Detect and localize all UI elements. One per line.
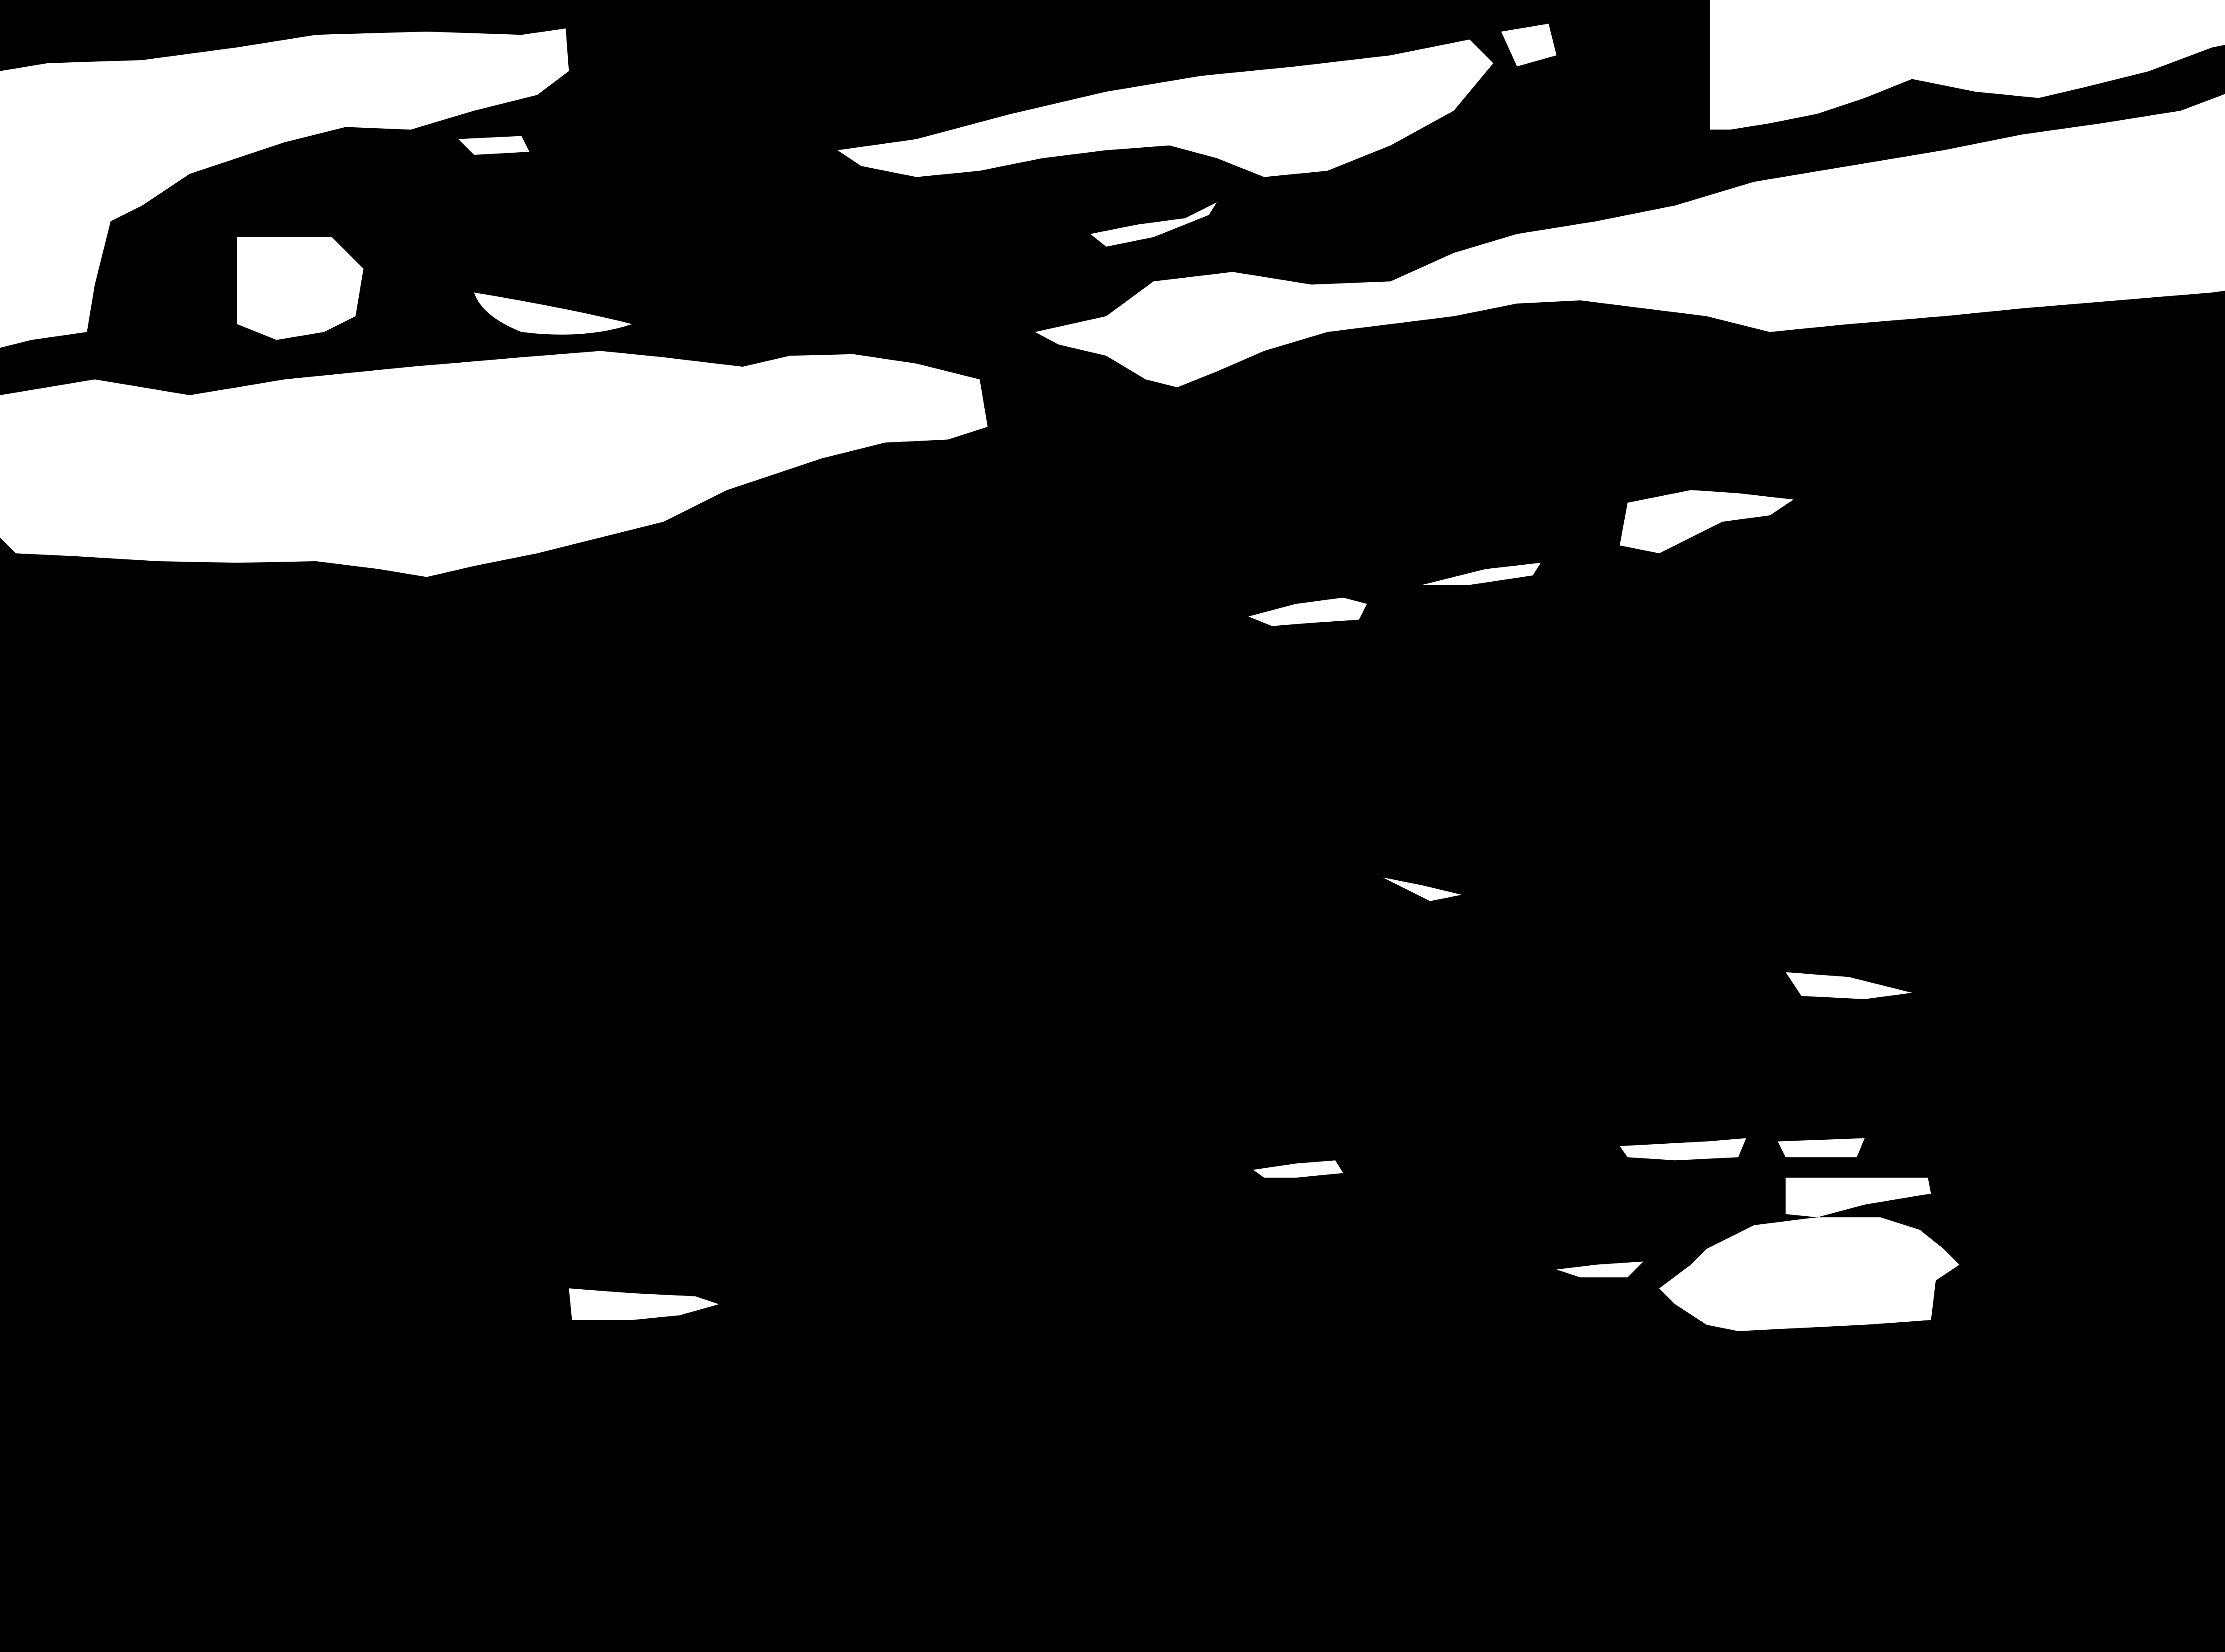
segmentation-mask — [0, 0, 2225, 1652]
